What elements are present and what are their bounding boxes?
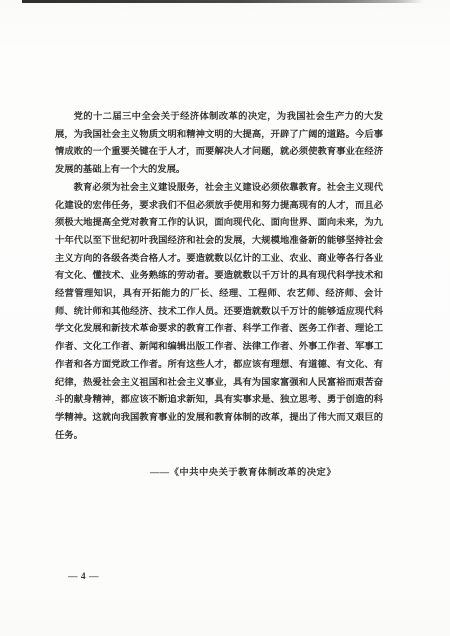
source-attribution: ——《中共中央关于教育体制改革的决定》 <box>150 466 336 480</box>
scanned-document-page: 党的十二届三中全会关于经济体制改革的决定，为我国社会生产力的大发展，为我国社会主… <box>0 0 450 636</box>
paragraph-1: 党的十二届三中全会关于经济体制改革的决定，为我国社会生产力的大发展，为我国社会主… <box>55 109 383 180</box>
paragraph-2: 教育必须为社会主义建设服务，社会主义建设必须依靠教育。社会主义现代化建设的宏伟任… <box>55 180 383 446</box>
page-number: — 4 — <box>68 571 99 584</box>
scan-edge-artifact <box>22 0 424 3</box>
body-text: 党的十二届三中全会关于经济体制改革的决定，为我国社会生产力的大发展，为我国社会主… <box>55 109 383 445</box>
